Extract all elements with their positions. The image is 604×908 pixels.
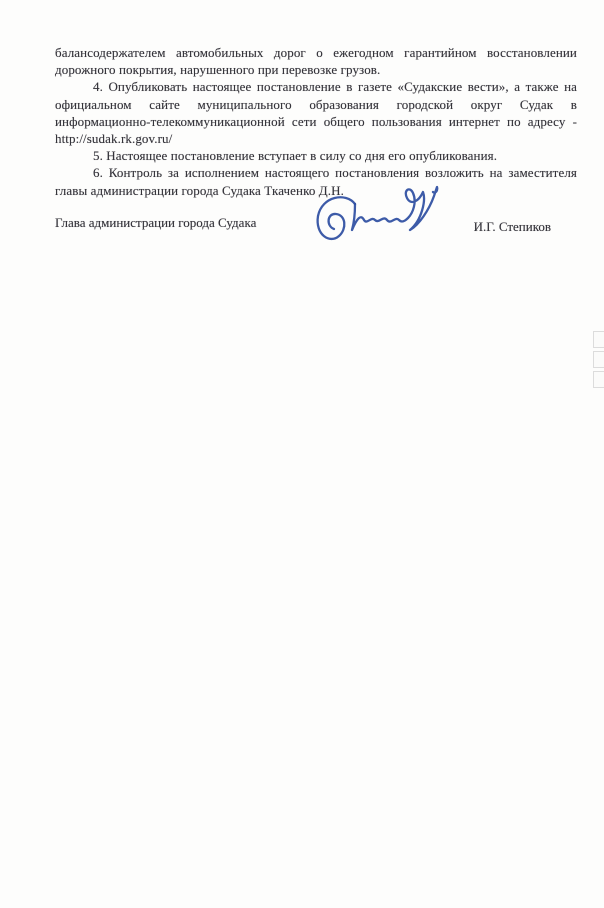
scan-artifact-square	[593, 331, 604, 348]
signature-ink	[300, 180, 445, 258]
scanned-document-page: { "document": { "lines": [ "балансодержа…	[0, 0, 604, 908]
scan-artifact-squares	[593, 331, 604, 391]
signoff-name: И.Г. Степиков	[474, 218, 551, 235]
document-line: 5. Настоящее постановление вступает в си…	[55, 147, 577, 164]
document-line: официальном сайте муниципального образов…	[55, 96, 577, 113]
document-line-url: http://sudak.rk.gov.ru/	[55, 130, 577, 147]
document-line: балансодержателем автомобильных дорог о …	[55, 44, 577, 61]
document-line: информационно-телекоммуникационной сети …	[55, 113, 577, 130]
document-line: 4. Опубликовать настоящее постановление …	[55, 78, 577, 95]
scan-artifact-square	[593, 351, 604, 368]
signoff-title: Глава администрации города Судака	[55, 214, 256, 231]
scan-artifact-square	[593, 371, 604, 388]
document-line: дорожного покрытия, нарушенного при пере…	[55, 61, 577, 78]
document-body: балансодержателем автомобильных дорог о …	[55, 44, 577, 199]
